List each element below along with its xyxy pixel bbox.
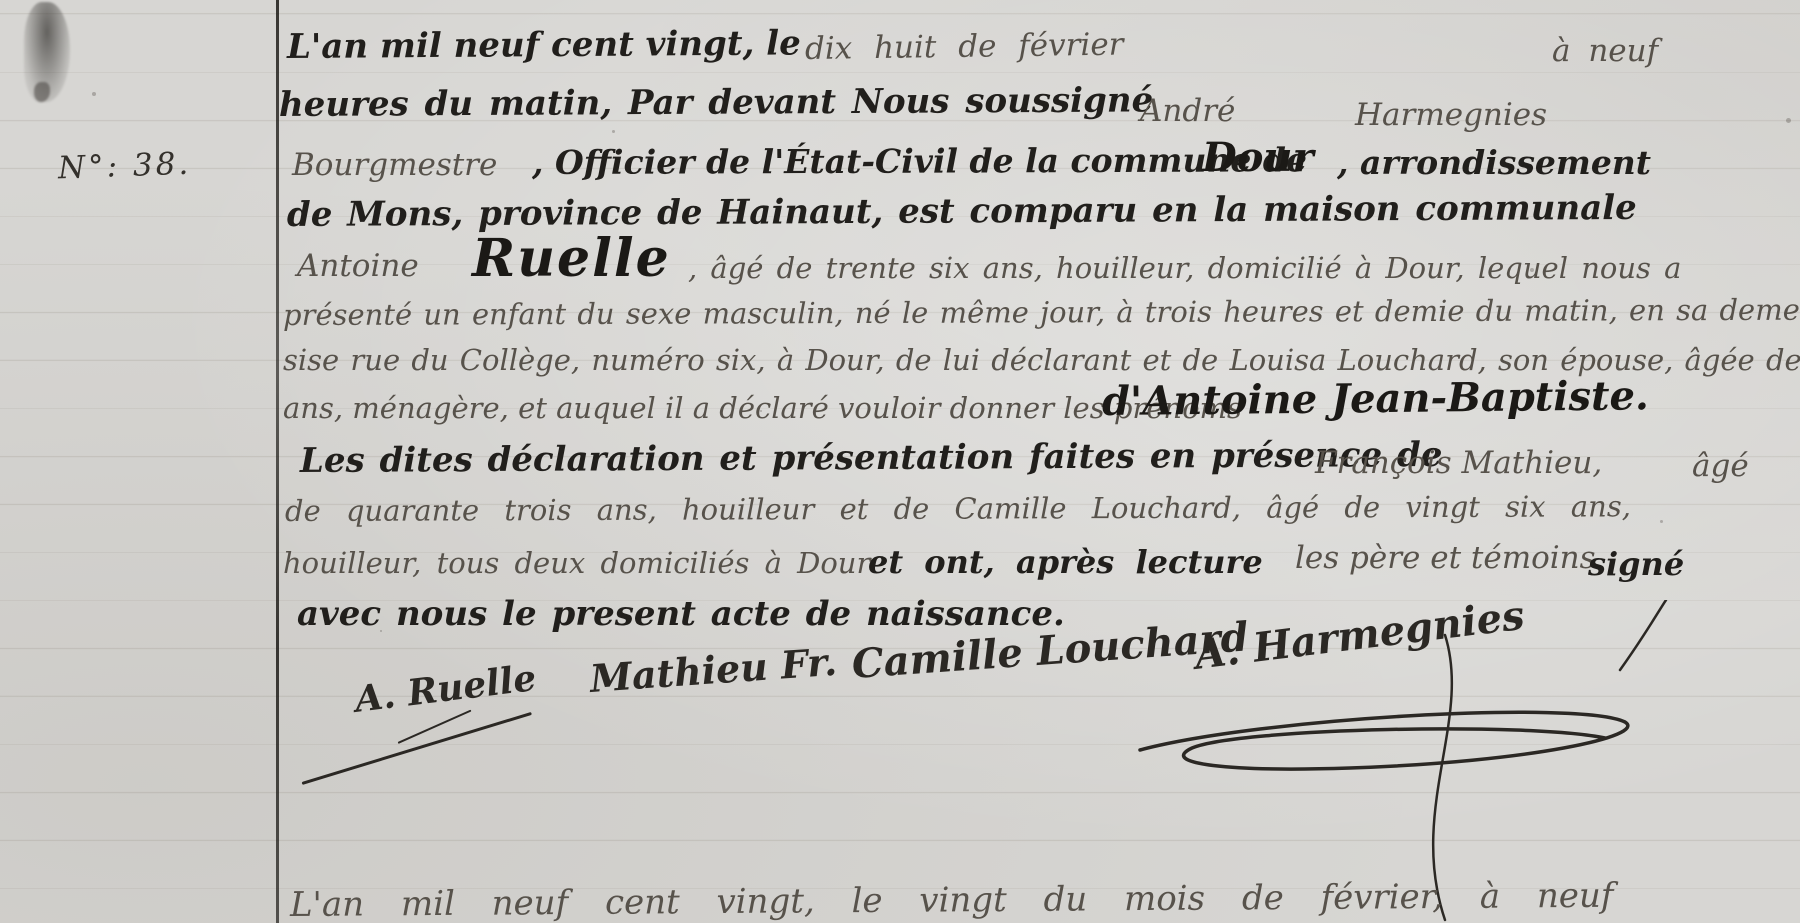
text-line-12-closing: avec nous le present acte de naissance.	[297, 597, 1065, 631]
signature-flourish-ruelle-small	[398, 710, 472, 744]
text-line-9-witness1: François Mathieu,	[1315, 448, 1602, 479]
text-line-9-age-word: âgé	[1692, 451, 1749, 482]
signature-mathieu: Mathieu Fr.	[589, 643, 838, 698]
text-line-11-template-b: signé	[1588, 548, 1684, 580]
signature-flourish-harmegnies	[1100, 600, 1740, 923]
text-line-11-template-a: et ont, après lecture	[868, 546, 1263, 578]
text-line-3-commune: Dour	[1202, 138, 1314, 178]
text-line-9-template: Les dites déclaration et présentation fa…	[300, 438, 1443, 478]
text-line-5-father-details: , âgé de trente six ans, houilleur, domi…	[688, 254, 1681, 283]
text-line-5-father-firstname: Antoine	[297, 251, 419, 282]
text-line-11-domicile: houilleur, tous deux domiciliés à Dour	[283, 549, 870, 578]
text-line-1-hour: à neuf	[1552, 36, 1658, 67]
text-line-10-witnesses: de quarante trois ans, houilleur et de C…	[285, 492, 1631, 526]
text-next-act-partial: L'an mil neuf cent vingt, le vingt du mo…	[290, 879, 1614, 922]
text-line-1-date: dix huit de février	[805, 30, 1124, 65]
text-line-3-title: Bourgmestre	[292, 150, 497, 181]
margin-rule-line	[276, 0, 279, 923]
text-line-8-template: ans, ménagère, et auquel il a déclaré vo…	[283, 394, 1242, 423]
text-line-7-address-mother: sise rue du Collège, numéro six, à Dour,…	[283, 346, 1800, 375]
text-line-2-firstname: André	[1140, 96, 1235, 127]
paper-speck	[1660, 520, 1663, 523]
text-line-2-template: heures du matin, Par devant Nous soussig…	[279, 83, 1153, 122]
paper-speck	[1786, 118, 1791, 123]
text-line-5-father-surname: Ruelle	[472, 233, 671, 285]
text-line-11-fill: les père et témoins	[1295, 543, 1596, 574]
text-line-8-child-names: d'Antoine Jean-Baptiste.	[1102, 376, 1649, 422]
paper-speck	[92, 92, 96, 96]
text-line-1-template: L'an mil neuf cent vingt, le	[287, 26, 801, 64]
act-number: N°: 38.	[57, 146, 191, 187]
text-line-2-lastname: Harmegnies	[1355, 100, 1547, 131]
paper-speck	[612, 130, 615, 133]
text-line-4-template: de Mons, province de Hainaut, est compar…	[287, 191, 1637, 232]
text-line-3-template: , Officier de l'État-Civil de la commune…	[532, 143, 1307, 179]
register-page: N°: 38. L'an mil neuf cent vingt, le dix…	[0, 0, 1800, 923]
signature-flourish-ruelle	[302, 712, 532, 785]
text-line-3-arrondissement: , arrondissement	[1337, 146, 1651, 179]
signature-ruelle: A. Ruelle	[353, 660, 538, 718]
text-line-6-birth-details: présenté un enfant du sexe masculin, né …	[283, 296, 1800, 330]
